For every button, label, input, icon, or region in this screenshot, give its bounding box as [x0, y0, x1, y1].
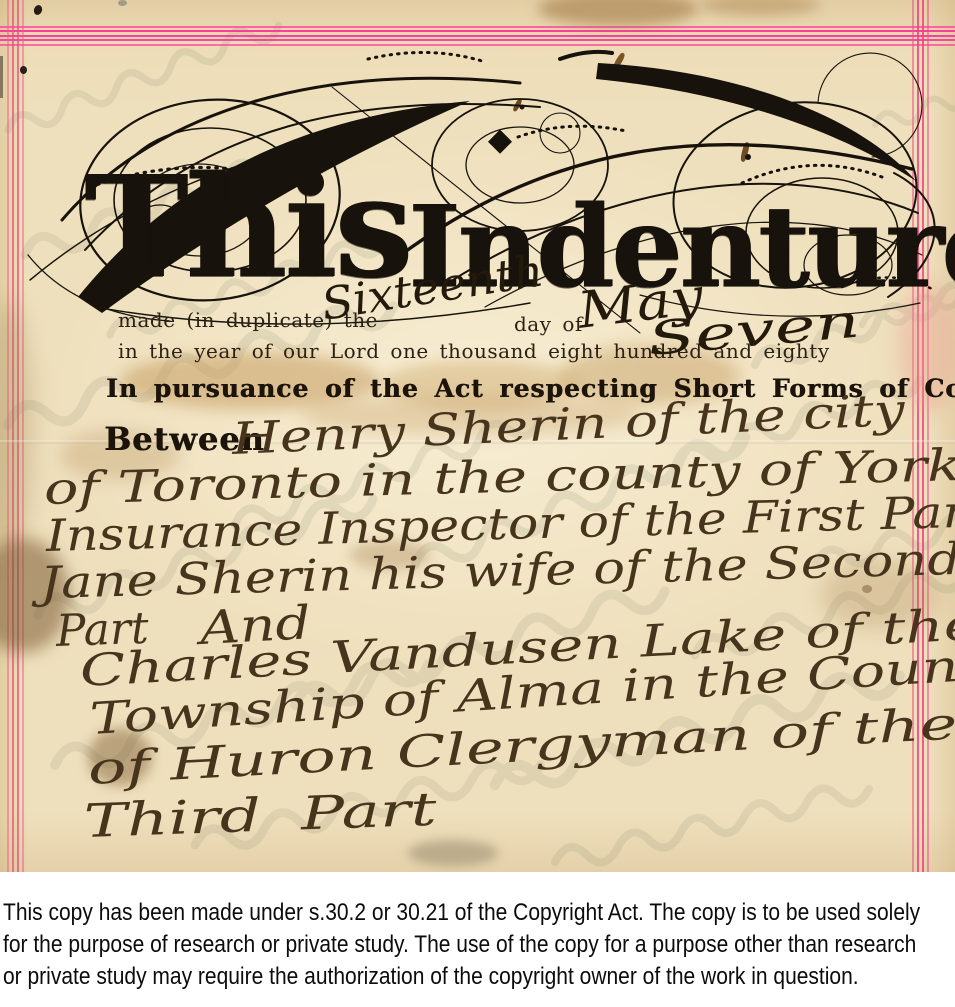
- scanned-indenture-document: This Indenture made (in duplicate) the S…: [0, 0, 955, 1007]
- ruled-line-horizontal: [0, 26, 955, 28]
- copyright-notice: This copy has been made under s.30.2 or …: [0, 872, 955, 1007]
- handwritten-line: Third Part: [83, 786, 437, 844]
- copyright-notice-line: This copy has been made under s.30.2 or …: [3, 899, 920, 927]
- ruled-line-horizontal: [0, 35, 955, 37]
- ruled-line-horizontal: [0, 39, 955, 41]
- parchment-scan: This Indenture made (in duplicate) the S…: [0, 0, 955, 872]
- stain: [408, 840, 498, 866]
- ink-speck: [118, 0, 127, 6]
- date-line-middle: day of: [514, 312, 583, 336]
- ruled-line-horizontal: [0, 30, 955, 32]
- copyright-notice-line: or private study may require the authori…: [3, 963, 859, 991]
- copyright-notice-line: for the purpose of research or private s…: [3, 931, 916, 959]
